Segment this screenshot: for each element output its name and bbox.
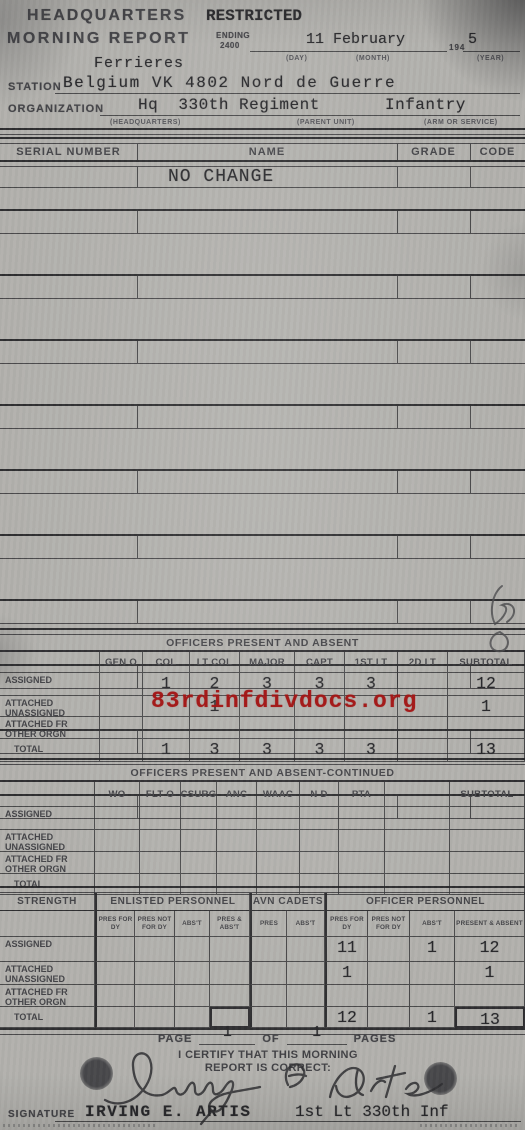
col-header: FLT O (140, 782, 181, 807)
roster-header-row: SERIAL NUMBERNAMEGRADECODE (0, 144, 525, 160)
value-cell: 1 (448, 696, 525, 717)
headquarters-sublabel: (HEADQUARTERS) (110, 119, 181, 126)
organization-underline: Hq 330th Regiment Infantry (100, 95, 520, 116)
value-cell (398, 717, 448, 739)
value-cell: 12 (448, 673, 525, 696)
value-cell (345, 717, 398, 739)
month-sublabel: (MONTH) (356, 55, 390, 62)
officers-continued-title: OFFICERS PRESENT AND ABSENT-CONTINUED (0, 765, 525, 782)
date-value: 11 February (306, 31, 405, 48)
column-divider (470, 167, 471, 187)
column-divider (137, 341, 138, 363)
value-cell (175, 985, 210, 1007)
parent-unit-sublabel: (PARENT UNIT) (297, 119, 355, 126)
officers-top-rule (0, 628, 525, 635)
handwritten-pencil-mark (478, 582, 524, 654)
value-cell (410, 985, 455, 1007)
corner-cell (0, 782, 95, 807)
col-header: CAPT (295, 652, 345, 673)
value-cell (368, 985, 410, 1007)
value-cell (339, 852, 385, 874)
value-cell (181, 852, 217, 874)
strength-table: STRENGTH ENLISTED PERSONNEL AVN CADETS O… (0, 886, 525, 1035)
col-header: PTA (339, 782, 385, 807)
subcol-header: ABS'T (410, 911, 455, 937)
group-header-enlisted: ENLISTED PERSONNEL (95, 893, 250, 911)
value-cell (455, 985, 525, 1007)
empty-roster-row-cells (0, 599, 525, 624)
subcol-header: ABS'T (287, 911, 325, 937)
col-header: 2D LT (398, 652, 448, 673)
website-watermark: 83rdinfdivdocs.org (151, 688, 417, 714)
value-cell (95, 985, 135, 1007)
value-cell (250, 985, 287, 1007)
value-cell (95, 807, 140, 830)
col-header: 1ST LT (345, 652, 398, 673)
value-cell (140, 807, 181, 830)
subcol-header: ABS'T (175, 911, 210, 937)
column-divider (470, 211, 471, 233)
column-divider (470, 406, 471, 428)
station-value: Belgium VK 4802 Nord de Guerre (63, 74, 396, 92)
group-header-officer: OFFICER PERSONNEL (325, 893, 525, 911)
empty-roster-row-cells (0, 534, 525, 559)
value-cell (217, 852, 257, 874)
organization-label: ORGANIZATION (8, 103, 104, 115)
empty-roster-row-cells (0, 209, 525, 234)
col-header: CSURG (181, 782, 217, 807)
roster-top-rule (0, 137, 525, 144)
subcol-header: PRES FOR DY (325, 911, 368, 937)
column-divider (470, 341, 471, 363)
empty-roster-row-cells (0, 274, 525, 299)
corner-cell (0, 652, 100, 673)
value-cell (100, 673, 143, 696)
empty-roster-row-cells (0, 404, 525, 429)
value-cell (210, 985, 250, 1007)
value-cell (210, 962, 250, 985)
row-label: ATTACHED FR OTHER ORGN (0, 985, 95, 1007)
value-cell (95, 937, 135, 962)
value-cell (448, 717, 525, 739)
column-divider (470, 601, 471, 623)
value-cell (339, 830, 385, 852)
form-title-headquarters: HEADQUARTERS (27, 7, 186, 25)
arm-sublabel: (ARM OR SERVICE) (424, 119, 498, 126)
subcol-header: PRESENT & ABSENT (455, 911, 525, 937)
value-cell (257, 852, 300, 874)
value-cell (135, 985, 175, 1007)
value-cell (175, 962, 210, 985)
date-underline: 11 February (250, 30, 447, 52)
column-divider (397, 144, 398, 160)
column-divider (137, 601, 138, 623)
value-cell (300, 830, 339, 852)
col-header: WO (95, 782, 140, 807)
col-header: N D (300, 782, 339, 807)
value-cell (175, 1007, 210, 1028)
subcol-header: PRES NOT FOR DY (135, 911, 175, 937)
value-cell (287, 962, 325, 985)
ending-label: ENDING (216, 31, 250, 40)
col-header-serial-number: SERIAL NUMBER (0, 146, 137, 158)
officers-continued-table: OFFICERS PRESENT AND ABSENT-CONTINUED WO… (0, 758, 525, 895)
column-divider (137, 167, 138, 187)
column-divider (397, 406, 398, 428)
value-cell (450, 830, 525, 852)
value-cell (140, 830, 181, 852)
column-divider (397, 471, 398, 493)
morning-report-document: HEADQUARTERS RESTRICTED MORNING REPORT E… (0, 0, 525, 1130)
column-divider (397, 341, 398, 363)
subcol-header: PRES NOT FOR DY (368, 911, 410, 937)
value-cell (300, 807, 339, 830)
column-divider (137, 211, 138, 233)
value-cell: 12 (455, 937, 525, 962)
col-header: GEN O (100, 652, 143, 673)
empty-roster-row (0, 534, 525, 578)
value-cell: 13 (455, 1007, 525, 1028)
continued-top-rule (0, 758, 525, 765)
col-header: COL (143, 652, 190, 673)
value-cell (250, 962, 287, 985)
station-underline: Belgium VK 4802 Nord de Guerre (55, 73, 520, 94)
value-cell (181, 830, 217, 852)
value-cell (257, 807, 300, 830)
roster-header-bottom-rule (0, 160, 525, 167)
column-divider (397, 536, 398, 558)
column-divider (397, 167, 398, 187)
roster-entry-row: NO CHANGE (0, 167, 525, 188)
value-cell (385, 807, 450, 830)
column-divider (470, 144, 471, 160)
pages-total: 1 (312, 1024, 321, 1041)
col-header: LT COL (190, 652, 240, 673)
value-cell (217, 830, 257, 852)
year-underline: 5 (463, 30, 520, 52)
value-cell (100, 717, 143, 739)
value-cell (135, 937, 175, 962)
row-label: ATTACHED UNASSIGNED (0, 962, 95, 985)
col-header-grade: GRADE (397, 146, 470, 158)
row-label: ASSIGNED (0, 937, 95, 962)
value-cell (385, 830, 450, 852)
row-label: ASSIGNED (0, 807, 95, 830)
value-cell (368, 937, 410, 962)
subcol-header: PRES (250, 911, 287, 937)
empty-roster-row (0, 209, 525, 253)
value-cell (339, 807, 385, 830)
value-cell (95, 830, 140, 852)
value-cell (257, 830, 300, 852)
value-cell: 1 (410, 937, 455, 962)
column-divider (137, 406, 138, 428)
organization-value: Hq 330th Regiment (138, 96, 320, 114)
value-cell (135, 962, 175, 985)
col-header: ANC (217, 782, 257, 807)
value-cell (181, 807, 217, 830)
value-cell (140, 852, 181, 874)
day-sublabel: (DAY) (286, 55, 307, 62)
value-cell (95, 1007, 135, 1028)
value-cell (300, 852, 339, 874)
value-cell (410, 962, 455, 985)
value-cell (217, 807, 257, 830)
column-divider (397, 601, 398, 623)
subcol-header: PRES & ABS'T (210, 911, 250, 937)
empty-roster-row (0, 274, 525, 318)
value-cell (287, 985, 325, 1007)
group-header-avn-cadets: AVN CADETS (250, 893, 325, 911)
value-cell (385, 852, 450, 874)
year-sublabel: (YEAR) (477, 55, 504, 62)
station-label: STATION (8, 81, 62, 93)
value-cell (325, 985, 368, 1007)
row-label: ATTACHED FR OTHER ORGN (0, 717, 100, 739)
value-cell: 1 (410, 1007, 455, 1028)
value-cell (95, 962, 135, 985)
column-divider (137, 276, 138, 298)
strength-top-rule (0, 886, 525, 893)
column-divider (137, 144, 138, 160)
row-label: ATTACHED FR OTHER ORGN (0, 852, 95, 874)
value-cell (143, 717, 190, 739)
subcol-header: PRES FOR DY (95, 911, 135, 937)
column-divider (397, 276, 398, 298)
value-cell (450, 807, 525, 830)
station-note: Ferrieres (94, 55, 184, 72)
corner-cell (0, 911, 95, 937)
classification-stamp: RESTRICTED (206, 7, 302, 25)
col-header (385, 782, 450, 807)
value-cell (190, 717, 240, 739)
column-divider (470, 536, 471, 558)
year-value: 5 (468, 31, 477, 48)
value-cell (135, 1007, 175, 1028)
empty-roster-row (0, 404, 525, 448)
empty-roster-row (0, 469, 525, 513)
header-divider-rule (0, 128, 525, 135)
value-cell (250, 937, 287, 962)
strength-label: STRENGTH (0, 893, 95, 911)
value-cell: 1 (455, 962, 525, 985)
column-divider (397, 211, 398, 233)
value-cell (368, 962, 410, 985)
value-cell: 12 (325, 1007, 368, 1028)
value-cell (95, 852, 140, 874)
value-cell (368, 1007, 410, 1028)
row-label: TOTAL (0, 1007, 95, 1028)
col-header-name: NAME (137, 146, 397, 158)
value-cell (287, 937, 325, 962)
row-label: ATTACHED UNASSIGNED (0, 830, 95, 852)
row-label: ASSIGNED (0, 673, 100, 696)
ending-time: 2400 (220, 41, 240, 50)
empty-roster-row-cells (0, 469, 525, 494)
value-cell: 1 (325, 962, 368, 985)
column-divider (137, 536, 138, 558)
officers-table-title: OFFICERS PRESENT AND ABSENT (0, 635, 525, 652)
column-divider (137, 471, 138, 493)
col-header: SUBTOTAL (448, 652, 525, 673)
organization-arm: Infantry (385, 96, 466, 114)
form-title-morning-report: MORNING REPORT (7, 30, 190, 48)
value-cell (295, 717, 345, 739)
value-cell (210, 937, 250, 962)
col-header-code: CODE (470, 146, 525, 158)
value-cell: 11 (325, 937, 368, 962)
column-divider (470, 471, 471, 493)
no-change-entry: NO CHANGE (168, 167, 274, 187)
col-header: SUBTOTAL (450, 782, 525, 807)
value-cell (175, 937, 210, 962)
empty-roster-row (0, 339, 525, 383)
empty-roster-row-cells (0, 339, 525, 364)
column-divider (470, 276, 471, 298)
handwritten-signature (80, 1040, 480, 1130)
value-cell (100, 696, 143, 717)
col-header: MAJOR (240, 652, 295, 673)
value-cell (250, 1007, 287, 1028)
value-cell (240, 717, 295, 739)
value-cell (450, 852, 525, 874)
row-label: ATTACHED UNASSIGNED (0, 696, 100, 717)
page-number: 1 (223, 1024, 232, 1041)
col-header: WAAC (257, 782, 300, 807)
